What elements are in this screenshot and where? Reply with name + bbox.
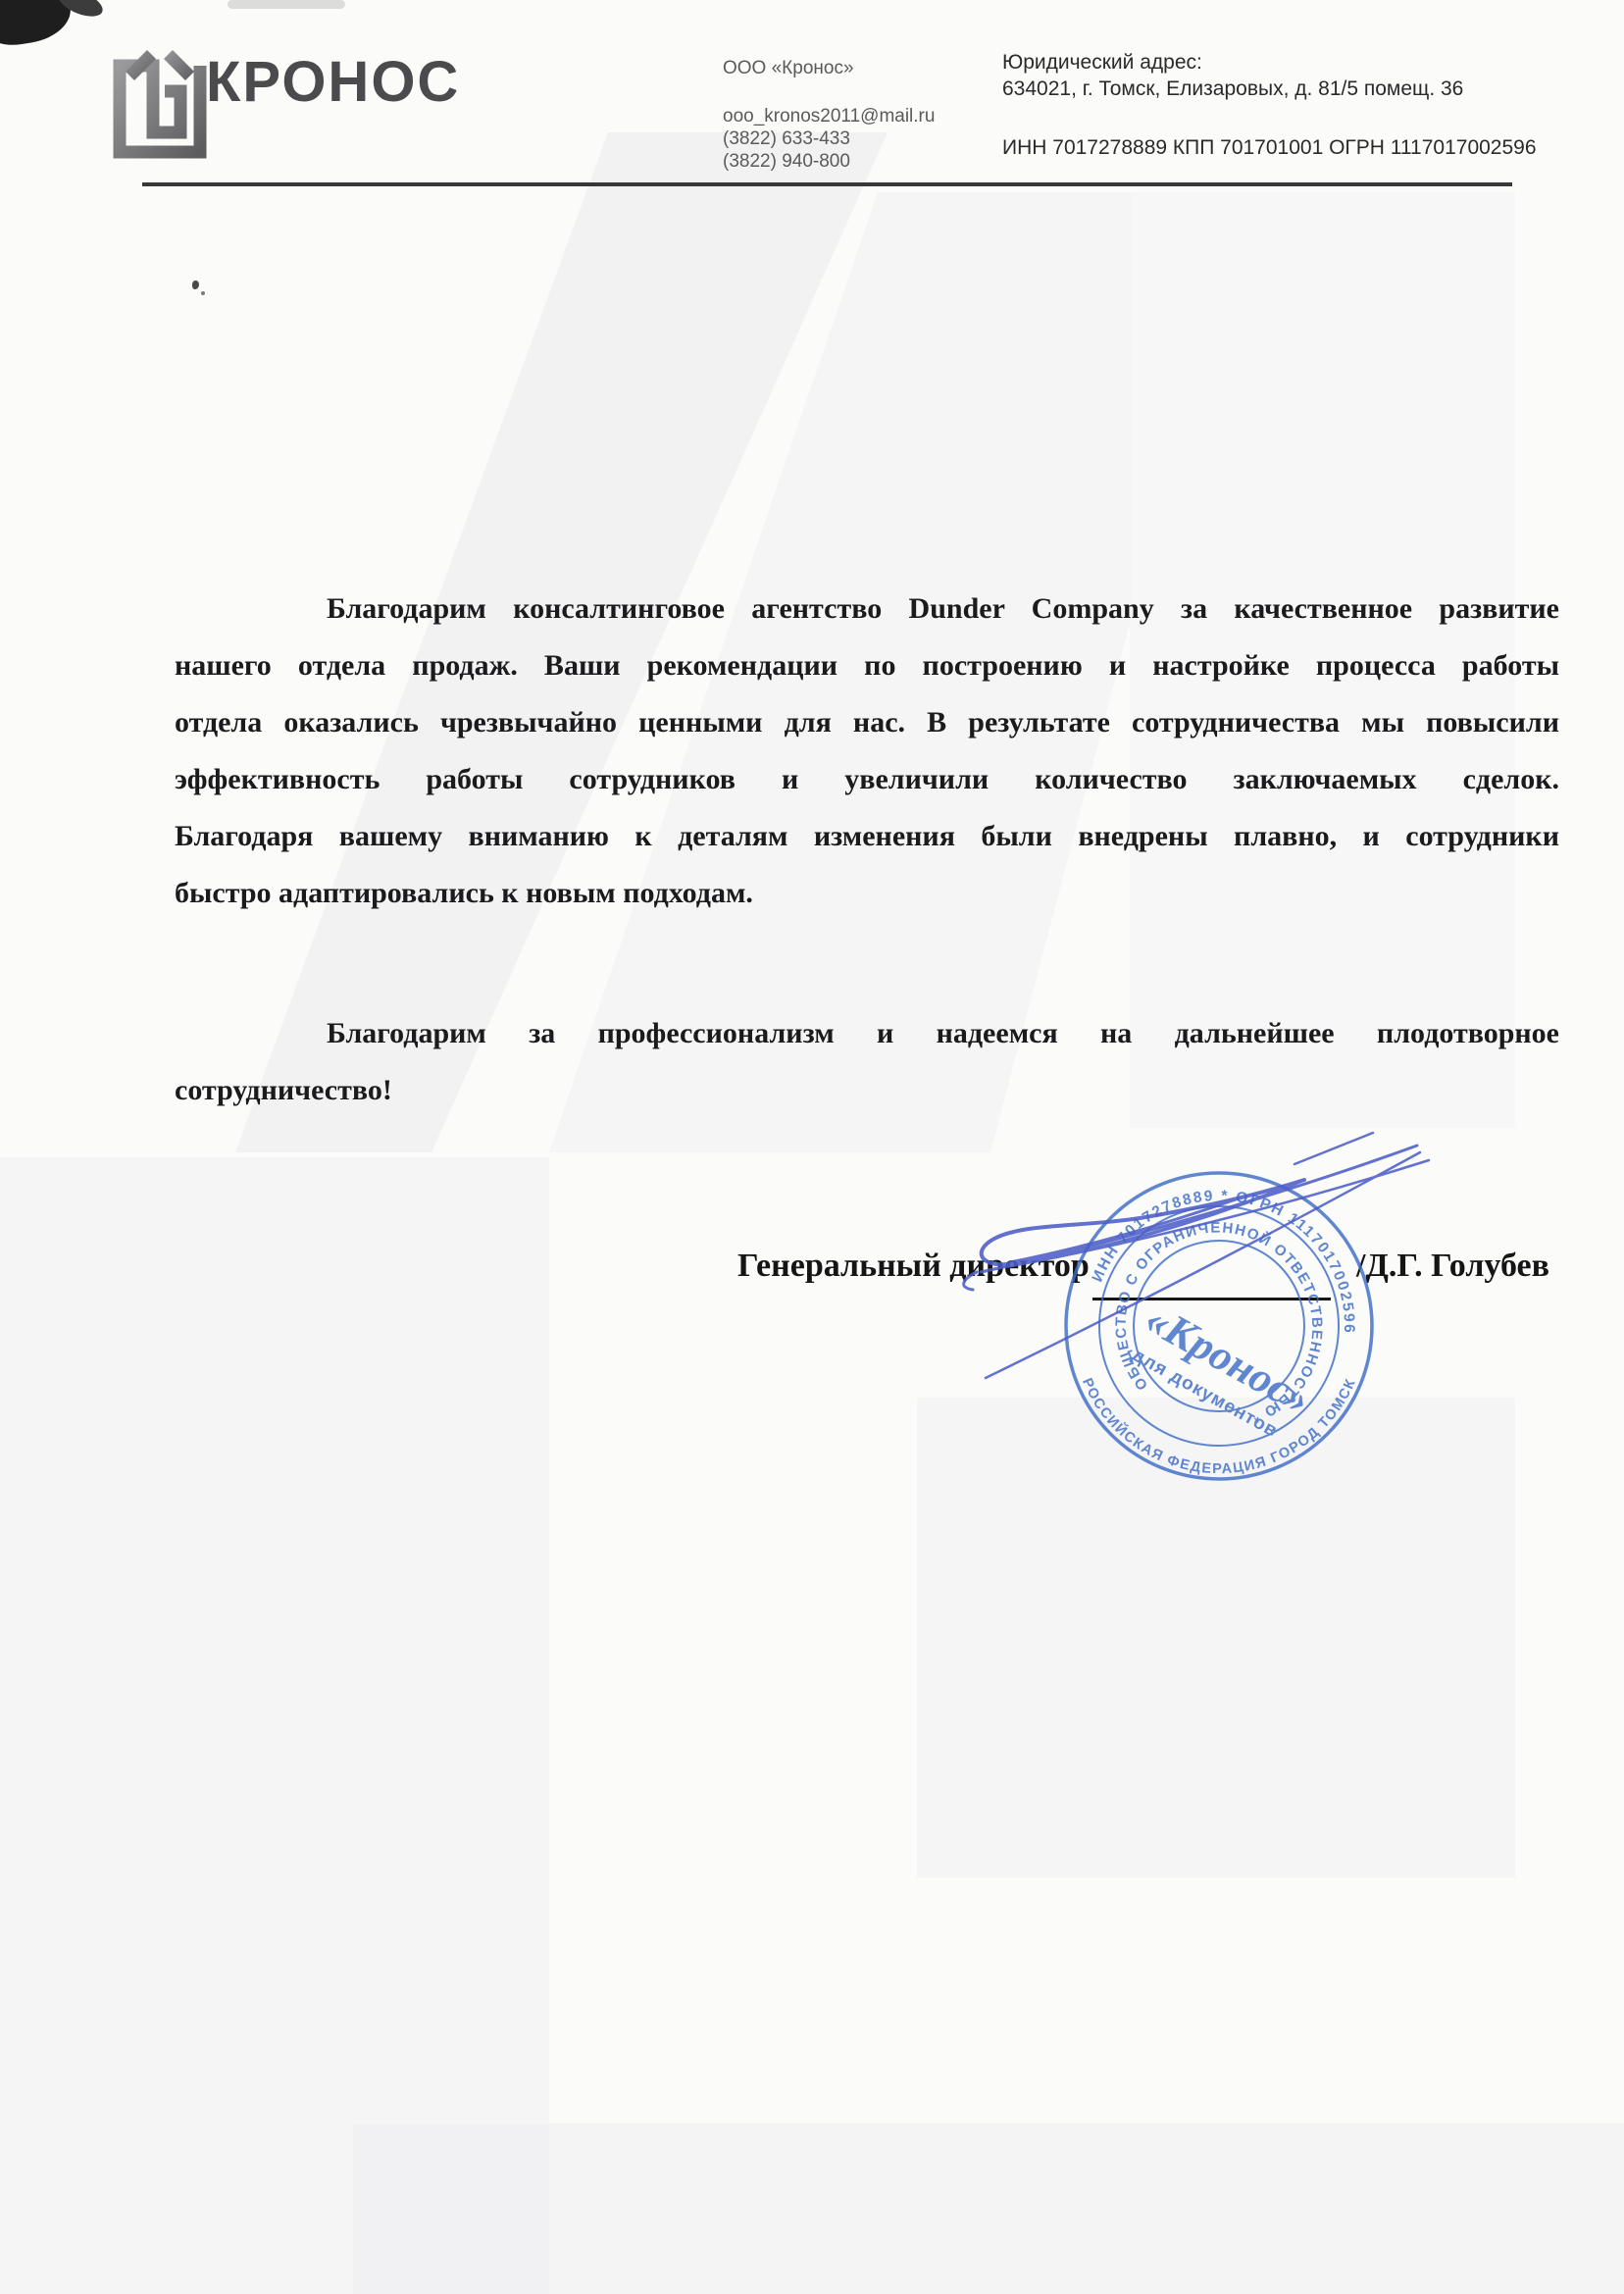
company-email: ooo_kronos2011@mail.ru <box>723 105 935 127</box>
legal-address-label: Юридический адрес: <box>1002 49 1537 76</box>
body-line: Благодарим за профессионализм и надеемся… <box>175 1005 1559 1062</box>
kronos-logo-icon <box>110 44 208 160</box>
scan-gray-strip-bottom <box>353 2123 1624 2294</box>
handwritten-signature <box>883 1094 1491 1437</box>
scan-top-smudge <box>228 0 345 9</box>
scan-speck <box>201 291 205 295</box>
body-line: отдела оказались чрезвычайно ценными для… <box>175 694 1559 751</box>
scan-speck <box>192 280 199 289</box>
body-line: Благодаря вашему вниманию к деталям изме… <box>175 808 1559 865</box>
company-short-name: ООО «Кронос» <box>723 57 935 79</box>
scanned-letter-page: { "header": { "logo_text": "КРОНОС", "lo… <box>0 0 1624 2294</box>
company-phone-1: (3822) 633-433 <box>723 127 935 150</box>
body-line: эффективность работы сотрудников и увели… <box>175 751 1559 808</box>
scan-gray-block-bottom-left <box>0 1157 549 2294</box>
company-requisites: ИНН 7017278889 КПП 701701001 ОГРН 111701… <box>1002 134 1537 161</box>
scan-corner-ink-blob <box>0 0 75 50</box>
legal-address-value: 634021, г. Томск, Елизаровых, д. 81/5 по… <box>1002 76 1537 102</box>
paragraph-gratitude: Благодарим консалтинговое агентство Dund… <box>175 581 1559 922</box>
letter-body: Благодарим консалтинговое агентство Dund… <box>175 581 1559 1119</box>
company-contact-block: ООО «Кронос» ooo_kronos2011@mail.ru (382… <box>723 57 935 173</box>
legal-address-block: Юридический адрес: 634021, г. Томск, Ели… <box>1002 49 1537 161</box>
company-phone-2: (3822) 940-800 <box>723 150 935 173</box>
body-line: быстро адаптировались к новым подходам. <box>175 865 1559 922</box>
company-logo-text: КРОНОС <box>206 49 460 115</box>
body-line: нашего отдела продаж. Ваши рекомендации … <box>175 637 1559 694</box>
body-line: Благодарим консалтинговое агентство Dund… <box>175 581 1559 637</box>
header-divider <box>142 182 1512 186</box>
